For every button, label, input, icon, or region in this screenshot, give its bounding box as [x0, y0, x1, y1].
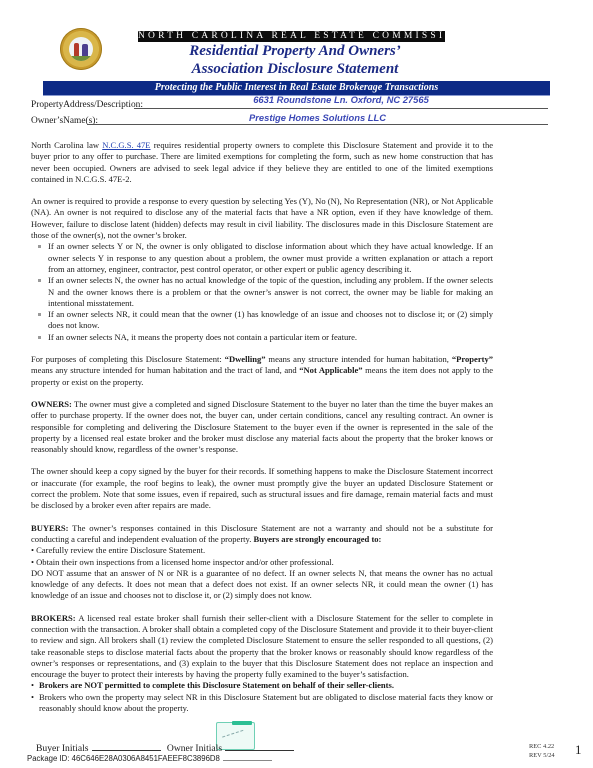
- ncgs-47e-link[interactable]: N.C.G.S. 47E: [102, 140, 150, 150]
- intro-text-start: North Carolina law: [31, 140, 102, 150]
- brokers-text: A licensed real estate broker shall furn…: [31, 613, 493, 679]
- owners-heading: OWNERS:: [31, 399, 72, 409]
- definitions-text: For purposes of completing this Disclosu…: [31, 354, 225, 364]
- list-item: • Obtain their own inspections from a li…: [31, 557, 493, 568]
- list-item: If an owner selects NR, it could mean th…: [48, 309, 493, 332]
- intro-paragraph: North Carolina law N.C.G.S. 47E requires…: [31, 140, 493, 185]
- definitions-text: means any structure intended for human h…: [31, 365, 299, 375]
- owner-name-row: Owner’sName(s): Prestige Homes Solutions…: [31, 113, 548, 126]
- page-number: 1: [575, 742, 582, 758]
- commission-banner: NORTH CAROLINA REAL ESTATE COMMISSION: [138, 31, 445, 42]
- property-address-underline: [134, 108, 548, 109]
- term-not-applicable: “Not Applicable”: [299, 365, 362, 375]
- rec-code: REC 4.22: [529, 742, 555, 751]
- buyers-warning-paragraph: DO NOT assume that an answer of N or NR …: [31, 568, 493, 602]
- list-item: If an owner selects Y or N, the owner is…: [48, 241, 493, 275]
- buyers-paragraph: BUYERS: The owner’s responses contained …: [31, 523, 493, 546]
- nc-state-seal-icon: [60, 28, 102, 70]
- rev-date: REV 5/24: [529, 751, 555, 760]
- buyer-recommendations-list: • Carefully review the entire Disclosure…: [31, 545, 493, 568]
- list-item: Brokers are NOT permitted to complete th…: [39, 680, 493, 691]
- brokers-paragraph: BROKERS: A licensed real estate broker s…: [31, 613, 493, 681]
- definitions-paragraph: For purposes of completing this Disclosu…: [31, 354, 493, 388]
- owners-paragraph: OWNERS: The owner must give a completed …: [31, 399, 493, 455]
- list-item: • Carefully review the entire Disclosure…: [31, 545, 493, 556]
- buyer-initials-field[interactable]: [92, 741, 161, 751]
- owner-initials-label: Owner Initials: [167, 743, 222, 754]
- term-dwelling: “Dwelling”: [225, 354, 266, 364]
- disclosure-body: North Carolina law N.C.G.S. 47E requires…: [31, 140, 493, 714]
- buyers-emphasis: Buyers are strongly encouraged to:: [254, 534, 382, 544]
- disclosure-page: NORTH CAROLINA REAL ESTATE COMMISSION Re…: [0, 0, 593, 768]
- list-item: Brokers who own the property may select …: [39, 692, 493, 715]
- property-address-row: PropertyAddress/Description: 6631 Rounds…: [31, 97, 548, 110]
- property-address-label: PropertyAddress/Description:: [31, 100, 143, 110]
- brokers-heading: BROKERS:: [31, 613, 76, 623]
- owners-text: The owner must give a completed and sign…: [31, 399, 493, 454]
- definitions-text: means any structure intended for human h…: [266, 354, 452, 364]
- document-title-line-2: Association Disclosure Statement: [150, 61, 440, 78]
- response-options-list: If an owner selects Y or N, the owner is…: [31, 241, 493, 343]
- owner-name-underline: [87, 124, 548, 125]
- initials-row: Buyer Initials Owner Initials: [36, 741, 294, 754]
- property-address-field[interactable]: 6631 Roundstone Ln. Oxford, NC 27565: [134, 94, 548, 105]
- response-requirements-paragraph: An owner is required to provide a respon…: [31, 196, 493, 241]
- broker-rule-bold: Brokers are NOT permitted to complete th…: [39, 680, 394, 690]
- list-item: If an owner selects NA, it means the pro…: [48, 332, 493, 343]
- owner-initials-field[interactable]: [225, 741, 294, 751]
- owners-copy-paragraph: The owner should keep a copy signed by t…: [31, 466, 493, 511]
- list-item: If an owner selects N, the owner has no …: [48, 275, 493, 309]
- term-property: “Property”: [452, 354, 493, 364]
- buyer-initials-label: Buyer Initials: [36, 743, 89, 754]
- broker-rules-list: Brokers are NOT permitted to complete th…: [31, 680, 493, 714]
- revision-info: REC 4.22 REV 5/24: [529, 742, 555, 760]
- owner-name-field[interactable]: Prestige Homes Solutions LLC: [87, 112, 548, 123]
- document-title-line-1: Residential Property And Owners’: [150, 43, 440, 60]
- buyers-heading: BUYERS:: [31, 523, 69, 533]
- package-id: Package ID: 46C646E28A0306A8451FAEEF8C38…: [27, 754, 223, 763]
